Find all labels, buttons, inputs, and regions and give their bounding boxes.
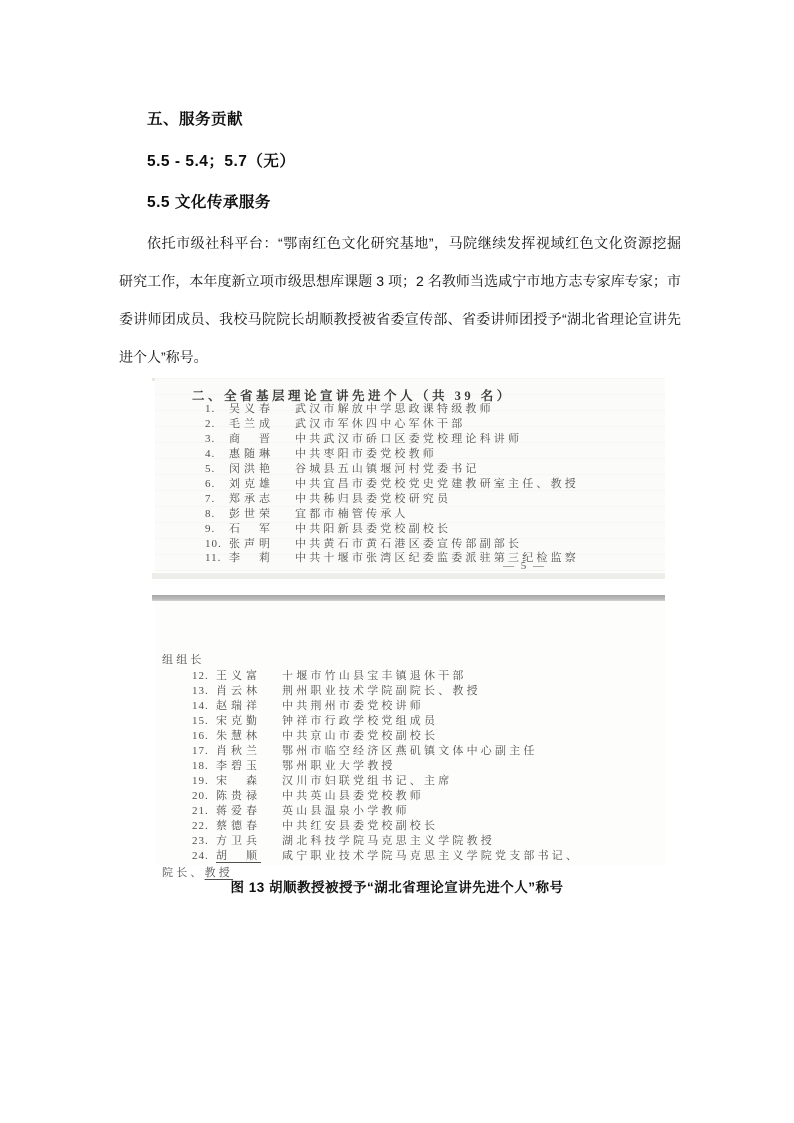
list-item: 23.方卫兵湖北科技学院马克思主义学院教授: [192, 835, 495, 848]
item-number: 14.: [192, 700, 216, 713]
paragraph-line: 研究工作，本年度新立项市级思想库课题 3 项；2 名教师当选咸宁市地方志专家库专…: [119, 271, 681, 291]
person-title: 中共秭归县委党校研究员: [295, 493, 451, 506]
person-name: 方卫兵: [216, 835, 282, 848]
person-title: 中共武汉市硚口区委党校理论科讲师: [295, 433, 522, 446]
item-number: 4.: [205, 448, 229, 461]
person-name: 彭世荣: [229, 508, 295, 521]
person-title: 中共黄石市黄石港区委宣传部副部长: [295, 538, 522, 551]
person-title: 咸宁职业技术学院马克思主义学院党支部书记、: [282, 850, 580, 863]
person-name: 商 晋: [229, 433, 295, 446]
person-name: 毛兰成: [229, 418, 295, 431]
item-number: 13.: [192, 685, 216, 698]
list-item: 19.宋 森汉川市妇联党组书记、主席: [192, 775, 452, 788]
subsection-empty-note: 5.5 - 5.4；5.7（无）: [147, 149, 295, 171]
person-name: 郑承志: [229, 493, 295, 506]
list-item: 15.宋克勤钟祥市行政学校党组成员: [192, 715, 438, 728]
list-item: 17.肖秋兰鄂州市临空经济区燕矶镇文体中心副主任: [192, 745, 538, 758]
item-number: 1.: [205, 403, 229, 416]
item-number: 22.: [192, 820, 216, 833]
item-number: 21.: [192, 805, 216, 818]
list-item: 6.刘克雄中共宜昌市委党校党史党建教研室主任、教授: [205, 478, 579, 491]
list-item: 7.郑承志中共秭归县委党校研究员: [205, 493, 451, 506]
list-item: 16.朱慧林中共京山市委党校副校长: [192, 730, 438, 743]
paragraph-line: 委讲师团成员、我校马院院长胡顺教授被省委宣传部、省委讲师团授予“湖北省理论宣讲先: [119, 309, 681, 329]
paragraph-line: 依托市级社科平台：“鄂南红色文化研究基地”，马院继续发挥视域红色文化资源挖掘: [147, 233, 681, 253]
person-name-underlined: 胡 顺: [216, 850, 282, 863]
item-number: 6.: [205, 478, 229, 491]
list-item: 2.毛兰成武汉市军休四中心军休干部: [205, 418, 465, 431]
scanned-award-list-image-bottom: 组组长 12.王义富十堰市竹山县宝丰镇退休干部 13.肖云林荆州职业技术学院副院…: [155, 601, 665, 865]
list-item: 5.闵洪艳谷城县五山镇堰河村党委书记: [205, 463, 480, 476]
item-number: 20.: [192, 790, 216, 803]
list-item: 14.赵瑞祥中共荆州市委党校讲师: [192, 700, 424, 713]
list-item-highlighted: 24.胡 顺咸宁职业技术学院马克思主义学院党支部书记、: [192, 850, 580, 863]
person-name: 李 莉: [229, 552, 295, 565]
person-title: 英山县温泉小学教师: [282, 805, 410, 818]
person-name: 赵瑞祥: [216, 700, 282, 713]
person-name: 王义富: [216, 670, 282, 683]
person-title: 中共京山市委党校副校长: [282, 730, 438, 743]
scan-page-number: — 5 —: [503, 560, 546, 572]
person-title: 鄂州市临空经济区燕矶镇文体中心副主任: [282, 745, 538, 758]
list-item: 21.蒋爱春英山县温泉小学教师: [192, 805, 410, 818]
item-number: 10.: [205, 538, 229, 551]
person-title: 十堰市竹山县宝丰镇退休干部: [282, 670, 467, 683]
person-title: 宜都市楠管传承人: [295, 508, 409, 521]
list-item: 3.商 晋中共武汉市硚口区委党校理论科讲师: [205, 433, 522, 446]
item-number: 17.: [192, 745, 216, 758]
person-name: 宋 森: [216, 775, 282, 788]
document-page: 五、服务贡献 5.5 - 5.4；5.7（无） 5.5 文化传承服务 依托市级社…: [0, 0, 794, 1123]
person-title: 中共荆州市委党校讲师: [282, 700, 424, 713]
item-number: 11.: [205, 552, 229, 565]
carryover-text: 组组长: [162, 651, 205, 667]
item-number: 8.: [205, 508, 229, 521]
item-number: 9.: [205, 523, 229, 536]
person-name: 朱慧林: [216, 730, 282, 743]
item-number: 18.: [192, 760, 216, 773]
person-title: 鄂州职业大学教授: [282, 760, 396, 773]
item-number: 12.: [192, 670, 216, 683]
list-item: 8.彭世荣宜都市楠管传承人: [205, 508, 409, 521]
item-number: 23.: [192, 835, 216, 848]
person-title: 中共英山县委党校教师: [282, 790, 424, 803]
section-heading: 五、服务贡献: [147, 107, 243, 129]
scan-list-heading: 二、全省基层理论宣讲先进个人（共 39 名）: [192, 386, 513, 404]
list-item: 22.蔡德春中共红安县委党校副校长: [192, 820, 438, 833]
person-name: 陈贵禄: [216, 790, 282, 803]
person-title: 武汉市解放中学思政课特级教师: [295, 403, 494, 416]
person-name: 石 军: [229, 523, 295, 536]
scan-artifact-bottom: [152, 573, 665, 579]
list-item: 10.张声明中共黄石市黄石港区委宣传部副部长: [205, 538, 522, 551]
person-name: 刘克雄: [229, 478, 295, 491]
item-number: 16.: [192, 730, 216, 743]
item-number: 2.: [205, 418, 229, 431]
person-title: 中共宜昌市委党校党史党建教研室主任、教授: [295, 478, 579, 491]
subsection-heading: 5.5 文化传承服务: [147, 190, 271, 212]
list-item: 4.惠随琳中共枣阳市委党校教师: [205, 448, 437, 461]
figure-caption: 图 13 胡顺教授被授予“湖北省理论宣讲先进个人”称号: [0, 876, 794, 896]
person-title: 武汉市军休四中心军休干部: [295, 418, 465, 431]
item-number: 5.: [205, 463, 229, 476]
list-item: 20.陈贵禄中共英山县委党校教师: [192, 790, 424, 803]
item-number: 24.: [192, 850, 216, 863]
person-name: 闵洪艳: [229, 463, 295, 476]
list-item: 1.吴义春武汉市解放中学思政课特级教师: [205, 403, 494, 416]
person-name: 李碧玉: [216, 760, 282, 773]
item-number: 3.: [205, 433, 229, 446]
paragraph-line: 进个人”称号。: [119, 347, 681, 367]
person-name: 宋克勤: [216, 715, 282, 728]
person-name: 肖云林: [216, 685, 282, 698]
person-name: 吴义春: [229, 403, 295, 416]
list-item: 9.石 军中共阳新县委党校副校长: [205, 523, 451, 536]
person-name: 蒋爱春: [216, 805, 282, 818]
list-item: 12.王义富十堰市竹山县宝丰镇退休干部: [192, 670, 467, 683]
person-name: 惠随琳: [229, 448, 295, 461]
person-title: 湖北科技学院马克思主义学院教授: [282, 835, 495, 848]
item-number: 7.: [205, 493, 229, 506]
person-title: 钟祥市行政学校党组成员: [282, 715, 438, 728]
item-number: 19.: [192, 775, 216, 788]
person-title: 中共枣阳市委党校教师: [295, 448, 437, 461]
person-title: 中共阳新县委党校副校长: [295, 523, 451, 536]
person-title: 汉川市妇联党组书记、主席: [282, 775, 452, 788]
person-title: 中共红安县委党校副校长: [282, 820, 438, 833]
item-number: 15.: [192, 715, 216, 728]
person-name: 蔡德春: [216, 820, 282, 833]
list-item: 18.李碧玉鄂州职业大学教授: [192, 760, 396, 773]
person-title: 荆州职业技术学院副院长、教授: [282, 685, 481, 698]
person-name: 肖秋兰: [216, 745, 282, 758]
list-item: 13.肖云林荆州职业技术学院副院长、教授: [192, 685, 481, 698]
person-title: 谷城县五山镇堰河村党委书记: [295, 463, 480, 476]
person-name: 张声明: [229, 538, 295, 551]
scanned-award-list-image-top: 二、全省基层理论宣讲先进个人（共 39 名） 1.吴义春武汉市解放中学思政课特级…: [155, 378, 665, 572]
